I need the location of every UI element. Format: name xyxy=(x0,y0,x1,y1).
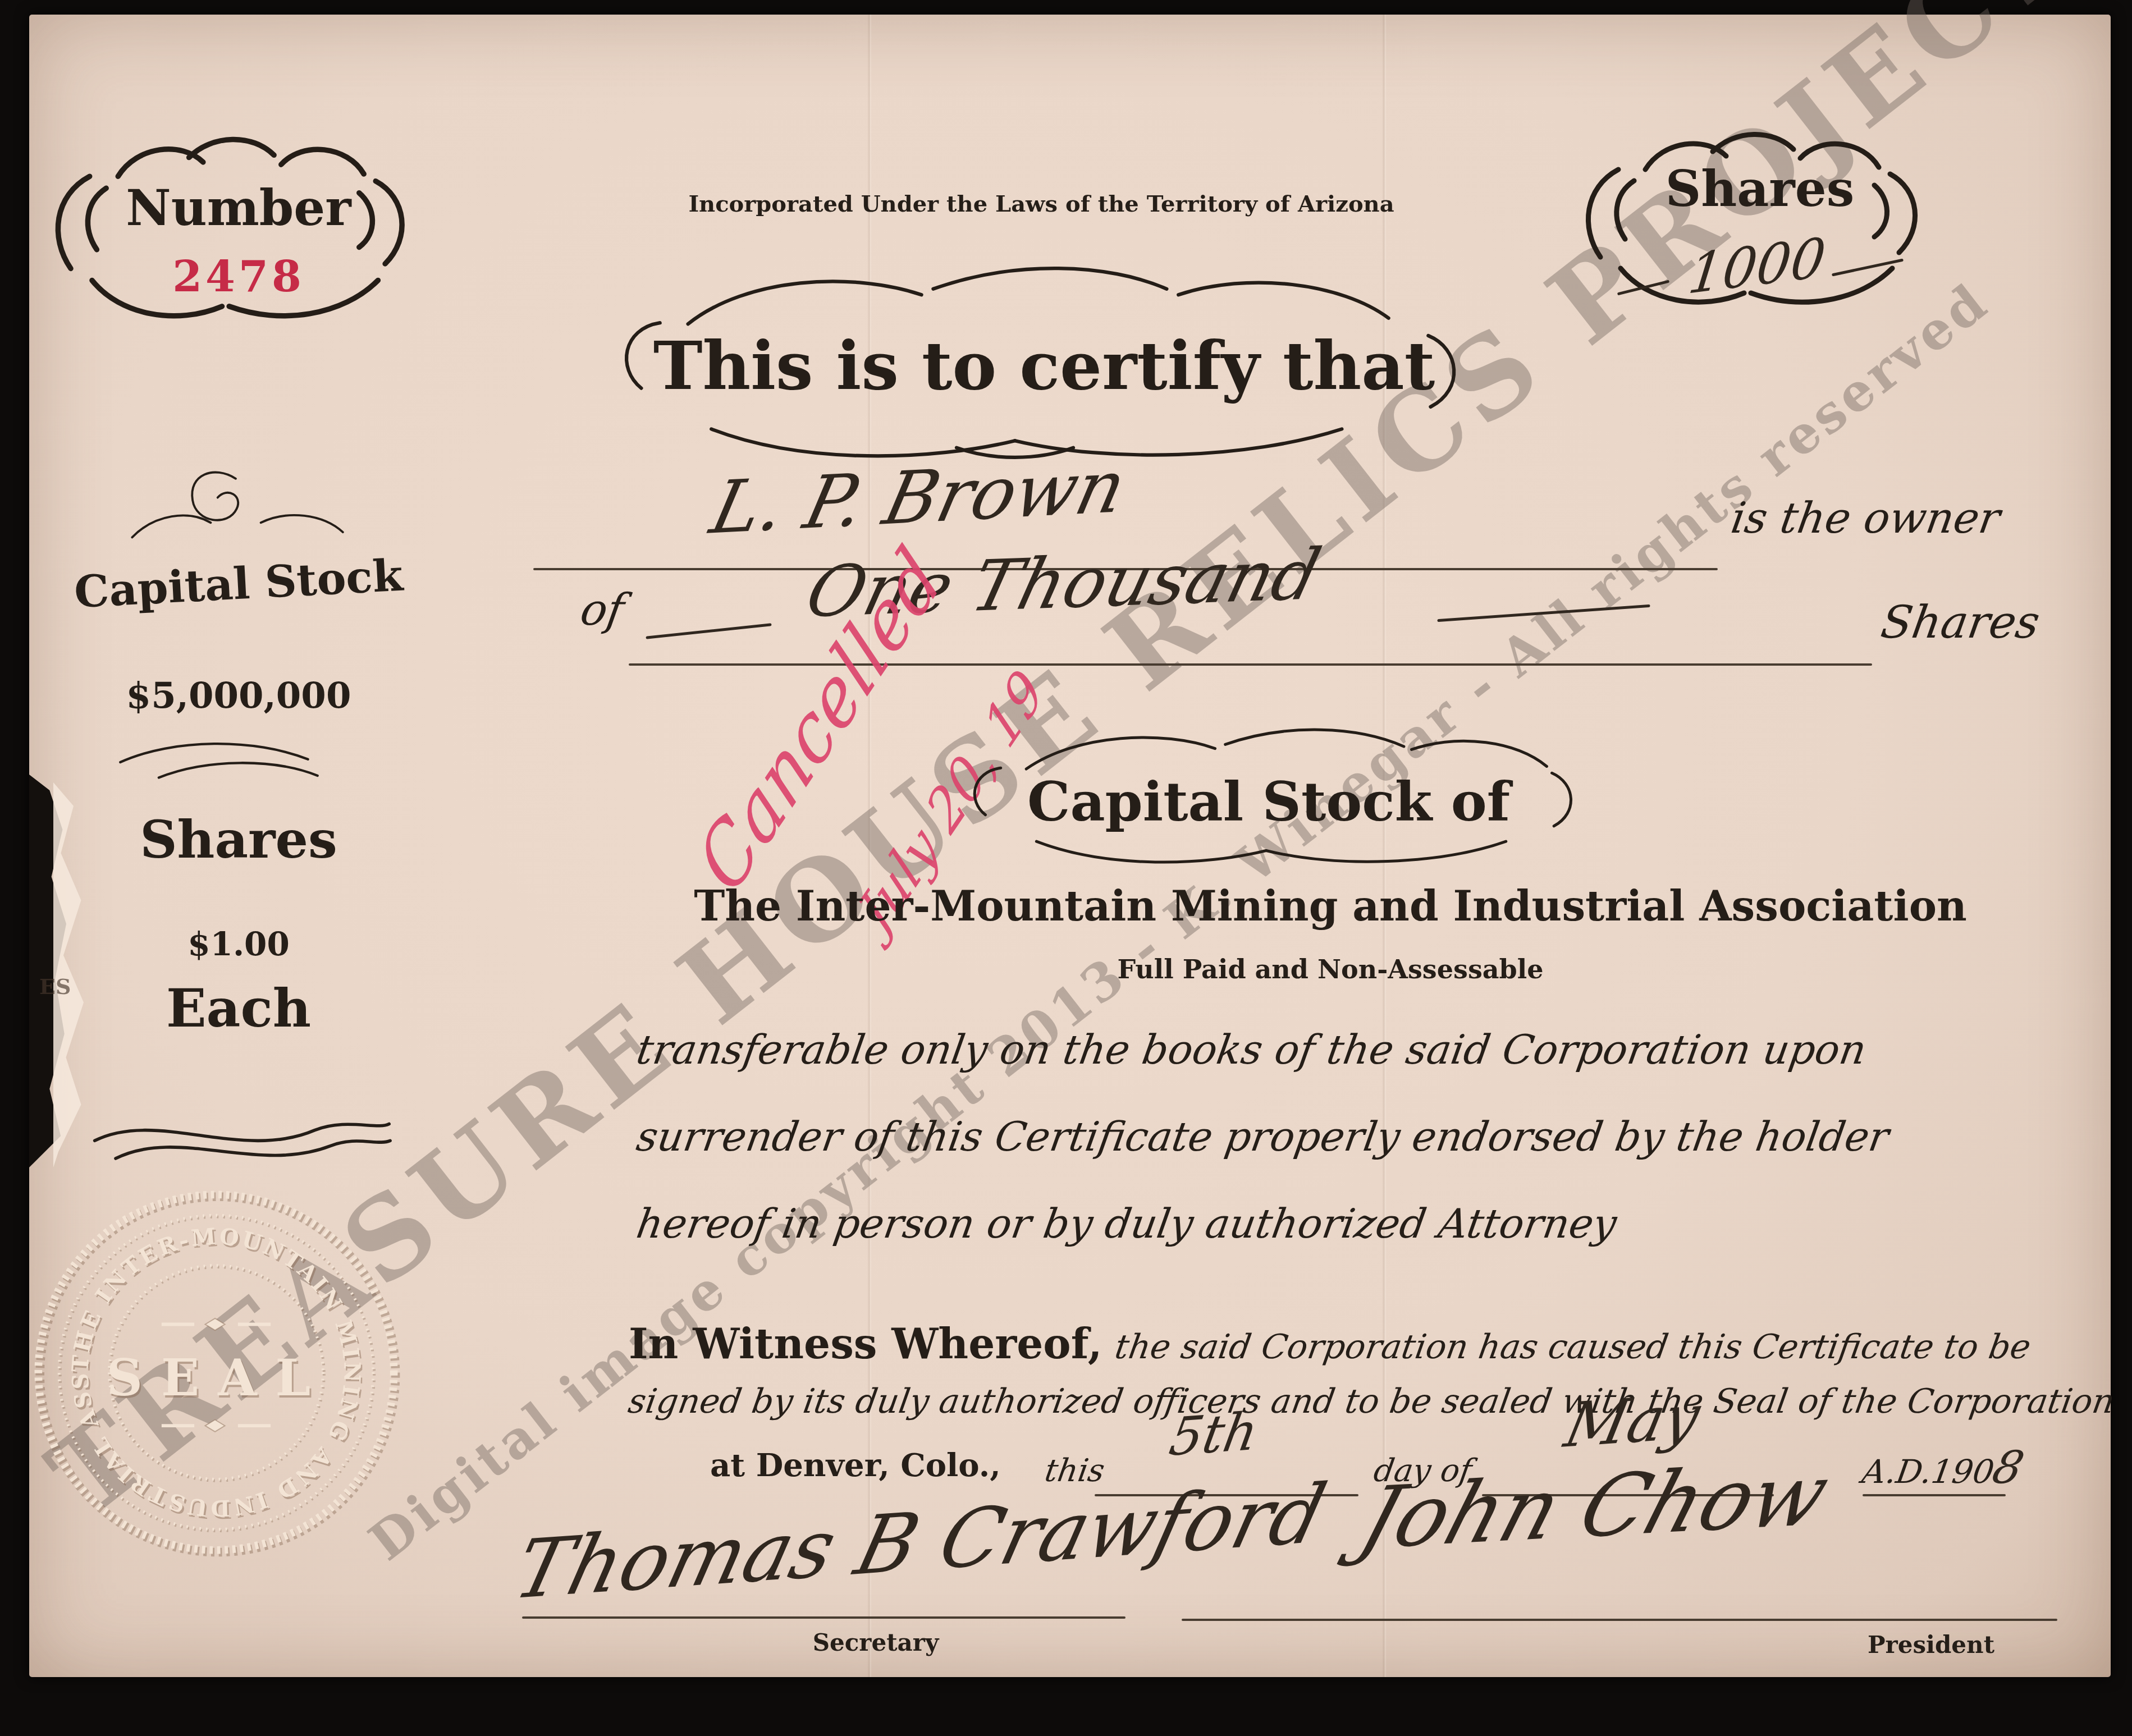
of-label: of xyxy=(577,585,628,635)
company-name: The Inter-Mountain Mining and Industrial… xyxy=(623,882,2038,931)
capital-stock-of-block: Capital Stock of xyxy=(876,713,1662,881)
witness-line-2: signed by its duly authorized officers a… xyxy=(625,1382,2117,1421)
wave-ornament xyxy=(84,1093,399,1178)
ad-label: A.D.190 xyxy=(1860,1453,1997,1491)
shares-suffix: Shares xyxy=(1878,596,2043,648)
terms-line-3: hereof in person or by duly authorized A… xyxy=(633,1200,1619,1247)
number-label: Number xyxy=(45,178,432,237)
month-handwritten: May xyxy=(1559,1381,1706,1462)
owner-suffix: is the owner xyxy=(1728,493,2003,543)
left-each-label: Each xyxy=(28,978,449,1039)
number-cartouche: Number 2478 xyxy=(45,129,432,354)
left-capital-amount: $5,000,000 xyxy=(28,675,449,717)
certify-heading: This is to certify that xyxy=(623,327,1465,405)
place-label: at Denver, Colo., xyxy=(710,1447,1001,1484)
left-shares-label: Shares xyxy=(28,809,449,870)
certify-heading-block: This is to certify that xyxy=(606,253,1482,477)
shares-label: Shares xyxy=(1577,159,1942,218)
left-par-value: $1.00 xyxy=(28,925,449,963)
witness-lead: In Witness Whereof, xyxy=(629,1320,1102,1368)
secretary-label: Secretary xyxy=(763,1629,988,1656)
signature-rule xyxy=(522,1616,1126,1619)
full-paid-line: Full Paid and Non-Assessable xyxy=(623,954,2038,984)
scanned-stock-certificate: ES TREASURE HOUSE RELICS PROJECT Digital… xyxy=(0,0,2132,1736)
witness-rest: the said Corporation has caused this Cer… xyxy=(1112,1327,2033,1367)
left-panel-divider-flourish xyxy=(90,729,382,796)
terms-line-2: surrender of this Certificate properly e… xyxy=(633,1113,1892,1160)
ad-year: A.D.1908 xyxy=(1863,1441,2023,1494)
seal-center-text: SEAL xyxy=(106,1349,329,1408)
embossed-corporate-seal: THE INTER-MOUNTAIN MINING AND INDUSTRIAL… xyxy=(25,1181,407,1563)
scroll-frame-ornament xyxy=(45,129,432,354)
arc-ornament xyxy=(90,729,382,796)
shares-cartouche: Shares 1000 xyxy=(1577,125,1942,338)
day-handwritten: 5th xyxy=(1165,1401,1263,1468)
signature-rule xyxy=(1182,1619,2057,1621)
terms-line-1: transferable only on the books of the sa… xyxy=(633,1026,1869,1073)
capital-stock-of-heading: Capital Stock of xyxy=(876,770,1662,833)
certificate-number: 2478 xyxy=(45,251,432,301)
incorporation-line: Incorporated Under the Laws of the Terri… xyxy=(592,191,1490,217)
left-panel-wave-flourish xyxy=(84,1093,399,1178)
seal-graphic: THE INTER-MOUNTAIN MINING AND INDUSTRIAL… xyxy=(25,1181,407,1563)
fill-in-rule xyxy=(1863,1494,2006,1496)
witness-clause: In Witness Whereof, the said Corporation… xyxy=(629,1320,2066,1368)
president-label: President xyxy=(1847,1631,2015,1659)
